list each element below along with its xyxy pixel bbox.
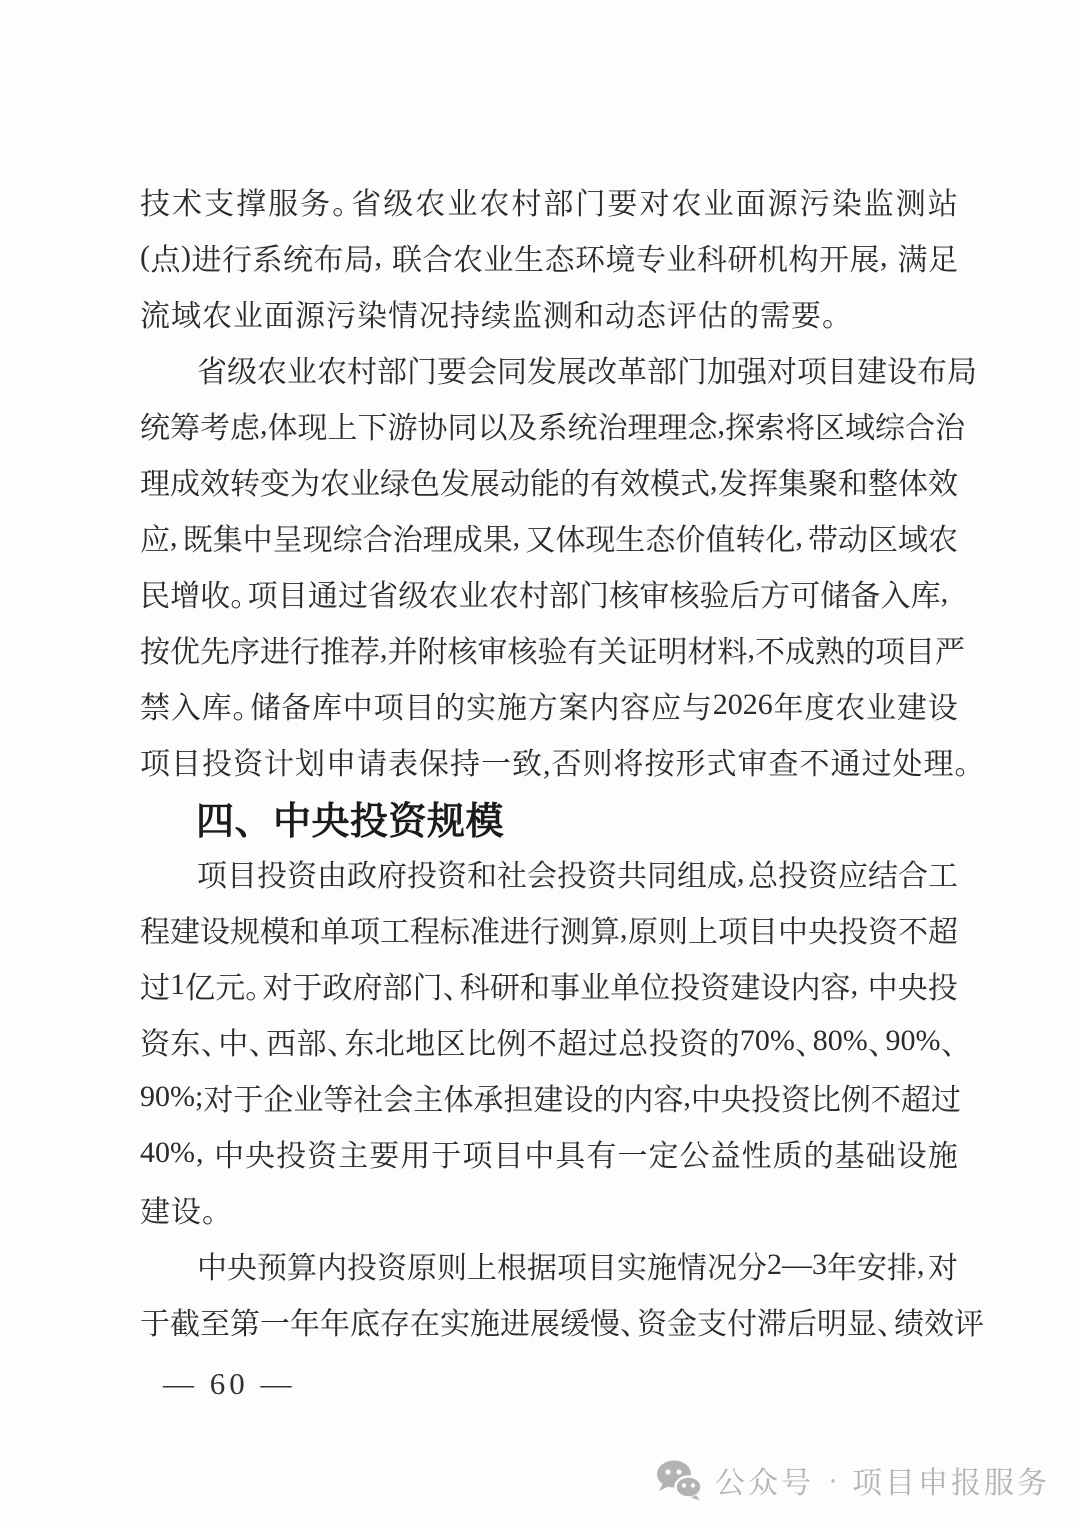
text-line: 民增收。项目通过省级农业农村部门核审核验后方可储备入库, [140,565,958,621]
wechat-watermark: 公众号 · 项目申报服务 [655,1458,1050,1502]
document-text-block: 技术支撑服务。省级农业农村部门要对农业面源污染监测站(点)进行系统布局,联合农业… [0,0,1080,1349]
text-line: 中央预算内投资原则上根据项目实施情况分2—3年安排,对 [140,1237,958,1293]
text-line: 项目投资计划申请表保持一致,否则将按形式审查不通过处理。 [140,733,958,789]
text-line: 程建设规模和单项工程标准进行测算,原则上项目中央投资不超 [140,901,958,957]
page-number: — 60 — [163,1366,296,1402]
text-line: 于截至第一年年底存在实施进展缓慢、资金支付滞后明显、绩效评 [140,1293,958,1349]
text-line: 禁入库。储备库中项目的实施方案内容应与2026年度农业建设 [140,677,958,733]
text-line: (点)进行系统布局,联合农业生态环境专业科研机构开展,满足 [140,229,958,285]
text-line: 过1亿元。对于政府部门、科研和事业单位投资建设内容,中央投 [140,957,958,1013]
text-line: 统筹考虑,体现上下游协同以及系统治理理念,探索将区域综合治 [140,397,958,453]
text-line: 应,既集中呈现综合治理成果,又体现生态价值转化,带动区域农 [140,509,958,565]
text-line: 技术支撑服务。省级农业农村部门要对农业面源污染监测站 [140,173,958,229]
text-line: 90%;对于企业等社会主体承担建设的内容,中央投资比例不超过 [140,1069,958,1125]
watermark-account-type: 公众号 [715,1458,814,1502]
watermark-account-name: 项目申报服务 [852,1458,1050,1502]
watermark-separator-dot: · [828,1463,838,1497]
text-line: 省级农业农村部门要会同发展改革部门加强对项目建设布局 [140,341,958,397]
text-line: 建设。 [140,1181,958,1237]
text-line: 项目投资由政府投资和社会投资共同组成,总投资应结合工 [140,845,958,901]
document-page: 技术支撑服务。省级农业农村部门要对农业面源污染监测站(点)进行系统布局,联合农业… [0,0,1080,1527]
text-line: 理成效转变为农业绿色发展动能的有效模式,发挥集聚和整体效 [140,453,958,509]
text-line: 流域农业面源污染情况持续监测和动态评估的需要。 [140,285,958,341]
text-line: 按优先序进行推荐,并附核审核验有关证明材料,不成熟的项目严 [140,621,958,677]
text-line: 资东、中、西部、东北地区比例不超过总投资的70%、80%、90%、 [140,1013,958,1069]
text-line: 40%,中央投资主要用于项目中具有一定公益性质的基础设施 [140,1125,958,1181]
section-heading: 四、中央投资规模 [140,789,958,845]
wechat-icon [655,1459,703,1501]
